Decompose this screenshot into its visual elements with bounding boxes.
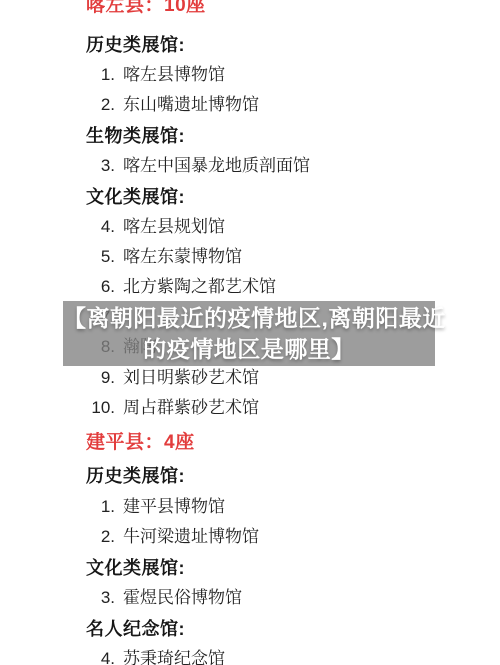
list-item: 9.刘日明紫砂艺术馆 (86, 369, 460, 387)
item-number: 2. (91, 528, 115, 546)
list-item: 1.建平县博物馆 (86, 498, 460, 516)
item-number: 1. (91, 498, 115, 516)
category-label-culture-2: 文化类展馆: (86, 559, 460, 577)
item-number: 2. (91, 96, 115, 114)
list-item: 5.喀左东蒙博物馆 (86, 248, 460, 266)
item-name: 周占群紫砂艺术馆 (123, 398, 259, 417)
item-number: 9. (91, 369, 115, 387)
item-name: 喀左县博物馆 (123, 65, 225, 84)
item-name: 北方紫陶之都艺术馆 (123, 277, 276, 296)
list-item: 3.喀左中国暴龙地质剖面馆 (86, 157, 460, 175)
item-number: 3. (91, 157, 115, 175)
category-label-history-2: 历史类展馆: (86, 467, 460, 485)
watermark-overlay: 【离朝阳最近的疫情地区,离朝阳最近 的疫情地区是哪里】 (63, 301, 435, 366)
item-number: 5. (91, 248, 115, 266)
list-item: 6.北方紫陶之都艺术馆 (86, 278, 460, 296)
watermark-line-1: 【离朝阳最近的疫情地区,离朝阳最近 (63, 303, 435, 334)
list-item: 10.周占群紫砂艺术馆 (86, 399, 460, 417)
list-item: 4.喀左县规划馆 (86, 218, 460, 236)
item-name: 刘日明紫砂艺术馆 (123, 368, 259, 387)
item-name: 牛河梁遗址博物馆 (123, 527, 259, 546)
category-label-biology: 生物类展馆: (86, 127, 460, 145)
item-name: 喀左中国暴龙地质剖面馆 (123, 156, 310, 175)
item-name: 建平县博物馆 (123, 497, 225, 516)
item-number: 4. (91, 650, 115, 665)
county-title-kazuo: 喀左县：10座 (86, 0, 460, 17)
item-number: 6. (91, 278, 115, 296)
list-item: 4.苏秉琦纪念馆 (86, 650, 460, 665)
item-name: 霍煜民俗博物馆 (123, 588, 242, 607)
list-item: 2.牛河梁遗址博物馆 (86, 528, 460, 546)
item-number: 3. (91, 589, 115, 607)
category-label-celebrity: 名人纪念馆: (86, 620, 460, 638)
county-title-jianping: 建平县：4座 (86, 432, 460, 454)
category-label-history: 历史类展馆: (86, 36, 460, 54)
list-item: 3.霍煜民俗博物馆 (86, 589, 460, 607)
item-number: 10. (91, 399, 115, 417)
watermark-line-2: 的疫情地区是哪里】 (63, 334, 435, 365)
item-name: 苏秉琦纪念馆 (123, 649, 225, 665)
list-item: 2.东山嘴遗址博物馆 (86, 96, 460, 114)
item-number: 4. (91, 218, 115, 236)
item-name: 喀左东蒙博物馆 (123, 247, 242, 266)
category-label-culture: 文化类展馆: (86, 188, 460, 206)
item-number: 1. (91, 66, 115, 84)
item-name: 喀左县规划馆 (123, 217, 225, 236)
document-page: 喀左县：10座 历史类展馆: 1.喀左县博物馆 2.东山嘴遗址博物馆 生物类展馆… (0, 0, 500, 665)
list-item: 1.喀左县博物馆 (86, 66, 460, 84)
item-name: 东山嘴遗址博物馆 (123, 95, 259, 114)
